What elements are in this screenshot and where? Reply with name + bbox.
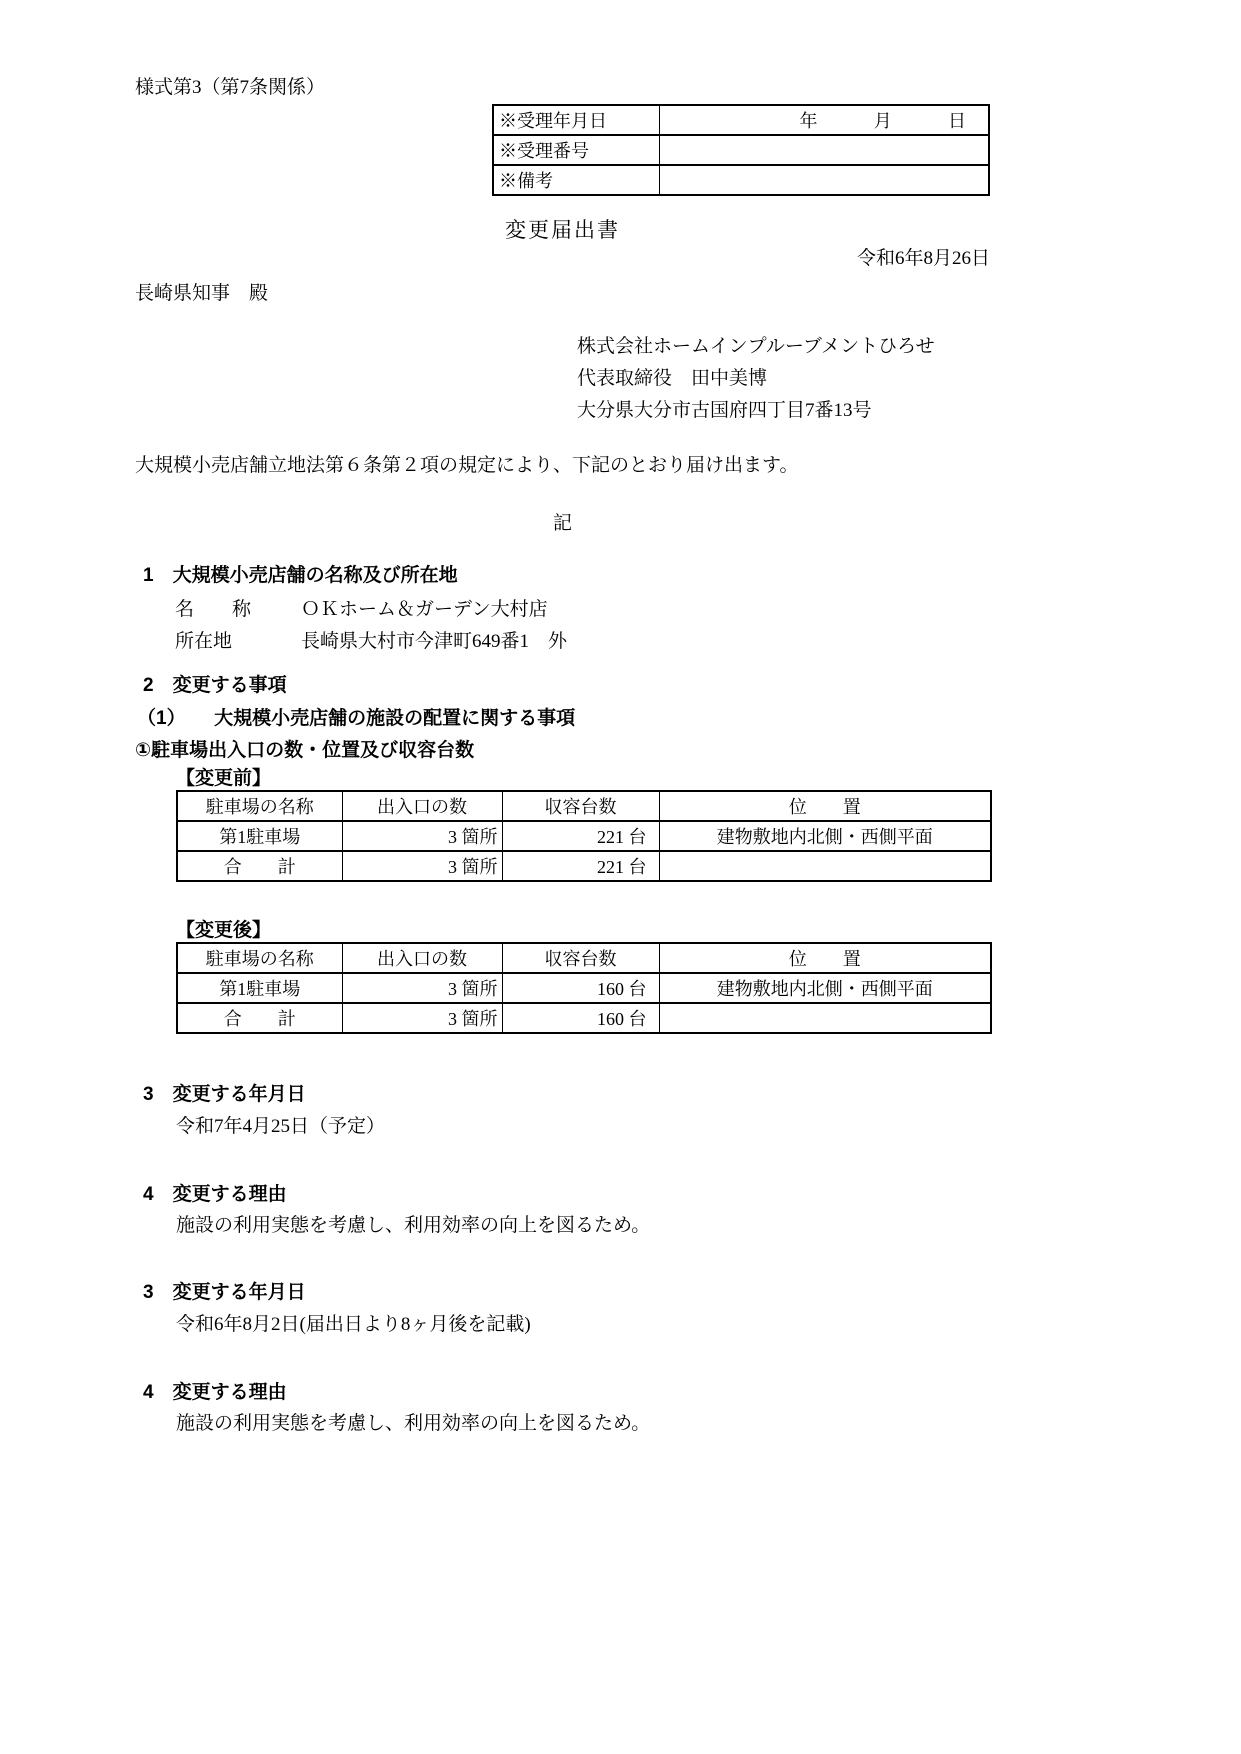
col-header-capacity: 収容台数 xyxy=(502,943,659,973)
section-2-item-heading: ①駐車場出入口の数・位置及び収容台数 xyxy=(135,735,474,762)
before-row1-capacity: 221 台 xyxy=(502,821,659,851)
change-notification-document: 様式第3（第7条関係） ※受理年月日 年 月 日 ※受理番号 ※備考 xyxy=(0,0,1241,1754)
after-table: 駐車場の名称 出入口の数 収容台数 位 置 第1駐車場 3 箇所 160 台 建… xyxy=(176,942,992,1034)
before-total-position xyxy=(659,851,991,881)
section-4a-heading: 4 変更する理由 xyxy=(143,1179,287,1206)
reception-date-label: ※受理年月日 xyxy=(493,105,659,135)
reception-remarks-value xyxy=(659,165,989,195)
reception-date-placeholders: 年 月 日 xyxy=(660,107,989,133)
after-row1-entrances: 3 箇所 xyxy=(342,973,502,1003)
month-placeholder: 月 xyxy=(874,107,892,133)
reception-table: ※受理年月日 年 月 日 ※受理番号 ※備考 xyxy=(492,104,990,196)
section-3b-body: 令和6年8月2日(届出日より8ヶ月後を記載) xyxy=(176,1309,531,1336)
before-row1-name: 第1駐車場 xyxy=(177,821,342,851)
store-name-label: 名 称 xyxy=(175,594,301,621)
store-name-value: ＯＫホーム＆ガーデン大村店 xyxy=(301,599,548,620)
before-table: 駐車場の名称 出入口の数 収容台数 位 置 第1駐車場 3 箇所 221 台 建… xyxy=(176,790,992,882)
preamble: 大規模小売店舗立地法第６条第２項の規定により、下記のとおり届け出ます。 xyxy=(135,450,798,477)
after-row1-capacity: 160 台 xyxy=(502,973,659,1003)
after-total-name: 合 計 xyxy=(177,1003,342,1033)
table-row: 合 計 3 箇所 160 台 xyxy=(177,1003,991,1033)
section-2-heading: 2 変更する事項 xyxy=(143,670,287,697)
submitter-representative: 代表取締役 田中美博 xyxy=(577,363,935,395)
after-table-caption: 【変更後】 xyxy=(176,915,271,942)
section-1-heading: 1 大規模小売店舗の名称及び所在地 xyxy=(143,560,458,587)
form-number: 様式第3（第7条関係） xyxy=(135,72,325,99)
reception-number-row: ※受理番号 xyxy=(493,135,989,165)
col-header-entrances: 出入口の数 xyxy=(342,791,502,821)
before-total-name: 合 計 xyxy=(177,851,342,881)
section-4b-body: 施設の利用実態を考慮し、利用効率の向上を図るため。 xyxy=(176,1408,650,1435)
col-header-position: 位 置 xyxy=(659,791,991,821)
store-name-line: 名 称ＯＫホーム＆ガーデン大村店 xyxy=(175,594,548,621)
after-row1-name: 第1駐車場 xyxy=(177,973,342,1003)
col-header-entrances: 出入口の数 xyxy=(342,943,502,973)
table-row: 第1駐車場 3 箇所 160 台 建物敷地内北側・西側平面 xyxy=(177,973,991,1003)
store-location-line: 所在地長崎県大村市今津町649番1 外 xyxy=(175,626,567,653)
col-header-position: 位 置 xyxy=(659,943,991,973)
store-location-value: 長崎県大村市今津町649番1 外 xyxy=(301,631,567,652)
submitter-block: 株式会社ホームインプルーブメントひろせ 代表取締役 田中美博 大分県大分市古国府… xyxy=(577,331,935,427)
after-total-position xyxy=(659,1003,991,1033)
submitter-address: 大分県大分市古国府四丁目7番13号 xyxy=(577,395,935,427)
document-date: 令和6年8月26日 xyxy=(135,243,990,270)
reception-date-value: 年 月 日 xyxy=(659,105,989,135)
table-row: 第1駐車場 3 箇所 221 台 建物敷地内北側・西側平面 xyxy=(177,821,991,851)
reception-remarks-row: ※備考 xyxy=(493,165,989,195)
after-header-row: 駐車場の名称 出入口の数 収容台数 位 置 xyxy=(177,943,991,973)
record-marker: 記 xyxy=(135,508,990,535)
before-total-entrances: 3 箇所 xyxy=(342,851,502,881)
before-header-row: 駐車場の名称 出入口の数 収容台数 位 置 xyxy=(177,791,991,821)
after-total-capacity: 160 台 xyxy=(502,1003,659,1033)
after-row1-position: 建物敷地内北側・西側平面 xyxy=(659,973,991,1003)
before-table-caption: 【変更前】 xyxy=(176,763,271,790)
addressee: 長崎県知事 殿 xyxy=(135,278,268,305)
reception-date-row: ※受理年月日 年 月 日 xyxy=(493,105,989,135)
col-header-capacity: 収容台数 xyxy=(502,791,659,821)
before-row1-entrances: 3 箇所 xyxy=(342,821,502,851)
year-placeholder: 年 xyxy=(800,107,818,133)
before-total-capacity: 221 台 xyxy=(502,851,659,881)
section-3b-heading: 3 変更する年月日 xyxy=(143,1277,306,1304)
after-total-entrances: 3 箇所 xyxy=(342,1003,502,1033)
section-3a-body: 令和7年4月25日（予定） xyxy=(176,1111,385,1138)
reception-remarks-label: ※備考 xyxy=(493,165,659,195)
document-title: 変更届出書 xyxy=(135,214,990,244)
table-row: 合 計 3 箇所 221 台 xyxy=(177,851,991,881)
col-header-parking-name: 駐車場の名称 xyxy=(177,791,342,821)
section-2-sub-heading: （1） 大規模小売店舗の施設の配置に関する事項 xyxy=(137,703,575,730)
submitter-company: 株式会社ホームインプルーブメントひろせ xyxy=(577,331,935,363)
before-row1-position: 建物敷地内北側・西側平面 xyxy=(659,821,991,851)
section-3a-heading: 3 変更する年月日 xyxy=(143,1079,306,1106)
reception-number-value xyxy=(659,135,989,165)
reception-number-label: ※受理番号 xyxy=(493,135,659,165)
col-header-parking-name: 駐車場の名称 xyxy=(177,943,342,973)
section-4a-body: 施設の利用実態を考慮し、利用効率の向上を図るため。 xyxy=(176,1210,650,1237)
store-location-label: 所在地 xyxy=(175,626,301,653)
section-4b-heading: 4 変更する理由 xyxy=(143,1377,287,1404)
day-placeholder: 日 xyxy=(948,107,966,133)
